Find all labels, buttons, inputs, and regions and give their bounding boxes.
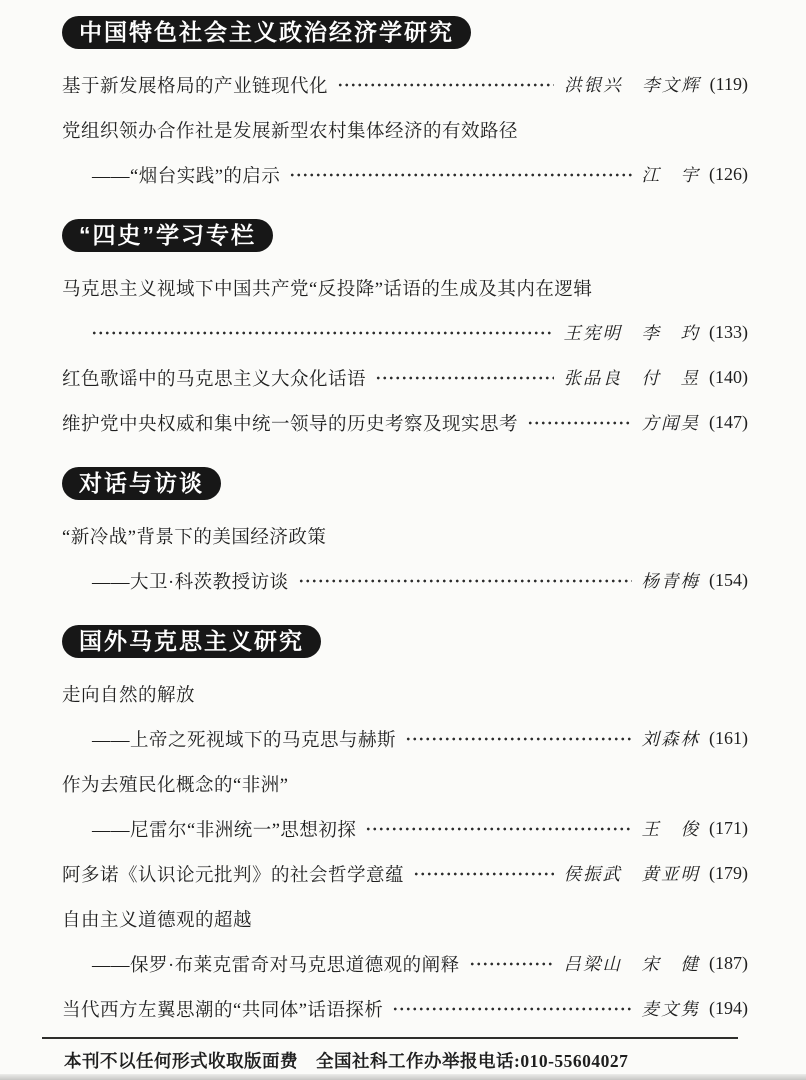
entry-authors: 张品良 付 昱 [564,365,701,390]
section-entries: 走向自然的解放 ——上帝之死视域下的马克思与赫斯 刘森林 (161) 作为去殖民… [62,671,748,1031]
section-badge: 对话与访谈 [62,467,221,500]
entry-subtitle: ——大卫·科茨教授访谈 [92,568,289,594]
toc-entry-line: ——“烟台实践”的启示 江 宇 (126) [62,152,748,197]
section-entries: 基于新发展格局的产业链现代化 洪银兴 李文辉 (119) 党组织领办合作社是发展… [62,62,748,197]
entry-title: 走向自然的解放 [62,681,195,707]
entry-title: 红色歌谣中的马克思主义大众化话语 [62,365,366,391]
dot-leader [469,958,554,970]
entry-page-number: (154) [709,570,748,591]
entry-page-number: (179) [709,863,748,884]
dot-leader [289,169,631,181]
entry-title: “新冷战”背景下的美国经济政策 [62,523,326,549]
entry-page-number: (133) [709,322,748,343]
entry-page-number: (187) [709,953,748,974]
toc-entry-line: 基于新发展格局的产业链现代化 洪银兴 李文辉 (119) [62,62,748,107]
entry-page-number: (126) [709,164,748,185]
dot-leader [298,575,632,587]
entry-page-number: (119) [710,74,748,95]
toc-entry-line: ——尼雷尔“非洲统一”思想初探 王 俊 (171) [62,806,748,851]
section-politico-economics: 中国特色社会主义政治经济学研究 基于新发展格局的产业链现代化 洪银兴 李文辉 (… [62,16,748,197]
section-entries: “新冷战”背景下的美国经济政策 ——大卫·科茨教授访谈 杨青梅 (154) [62,513,748,603]
journal-toc-page: 中国特色社会主义政治经济学研究 基于新发展格局的产业链现代化 洪银兴 李文辉 (… [0,0,806,1080]
entry-authors: 王 俊 [642,816,701,841]
toc-entry-line: 走向自然的解放 [62,671,748,716]
toc-entry-line: 马克思主义视域下中国共产党“反投降”话语的生成及其内在逻辑 [62,265,748,310]
entry-authors: 王宪明 李 玓 [564,320,701,345]
toc-entry-line: 王宪明 李 玓 (133) [62,310,748,355]
section-dialogues-interviews: 对话与访谈 “新冷战”背景下的美国经济政策 ——大卫·科茨教授访谈 杨青梅 (1… [62,467,748,603]
toc-entry-line: 当代西方左翼思潮的“共同体”话语探析 麦文隽 (194) [62,986,748,1031]
section-badge: 国外马克思主义研究 [62,625,321,658]
entry-authors: 麦文隽 [642,996,701,1021]
entry-authors: 方闻昊 [642,410,701,435]
toc-entry-line: ——保罗·布莱克雷奇对马克思道德观的阐释 吕梁山 宋 健 (187) [62,941,748,986]
toc-content: 中国特色社会主义政治经济学研究 基于新发展格局的产业链现代化 洪银兴 李文辉 (… [0,0,806,1073]
entry-page-number: (140) [709,367,748,388]
entry-title: 党组织领办合作社是发展新型农村集体经济的有效路径 [62,117,518,143]
toc-entry-line: 作为去殖民化概念的“非洲” [62,761,748,806]
section-foreign-marxism: 国外马克思主义研究 走向自然的解放 ——上帝之死视域下的马克思与赫斯 刘森林 (… [62,625,748,1031]
entry-page-number: (161) [709,728,748,749]
section-badge: “四史”学习专栏 [62,219,273,252]
dot-leader [527,417,631,429]
toc-entry-line: 红色歌谣中的马克思主义大众化话语 张品良 付 昱 (140) [62,355,748,400]
toc-entry-line: 阿多诺《认识论元批判》的社会哲学意蕴 侯振武 黄亚明 (179) [62,851,748,896]
footer-text: 本刊不以任何形式收取版面费 全国社科工作办举报电话:010-55604027 [64,1051,628,1071]
entry-authors: 刘森林 [642,726,701,751]
entry-subtitle: ——尼雷尔“非洲统一”思想初探 [92,816,356,842]
entry-authors: 杨青梅 [642,568,701,593]
dot-leader [392,1003,631,1015]
toc-entry-line: ——上帝之死视域下的马克思与赫斯 刘森林 (161) [62,716,748,761]
entry-subtitle: ——“烟台实践”的启示 [92,162,280,188]
dot-leader [405,733,631,745]
toc-entry-line: ——大卫·科茨教授访谈 杨青梅 (154) [62,558,748,603]
entry-title: 自由主义道德观的超越 [62,906,252,932]
entry-title: 维护党中央权威和集中统一领导的历史考察及现实思考 [62,410,518,436]
entry-authors: 江 宇 [642,162,701,187]
toc-entry-line: 党组织领办合作社是发展新型农村集体经济的有效路径 [62,107,748,152]
entry-title: 马克思主义视域下中国共产党“反投降”话语的生成及其内在逻辑 [62,275,592,301]
toc-entry-line: 自由主义道德观的超越 [62,896,748,941]
section-badge: 中国特色社会主义政治经济学研究 [62,16,471,49]
entry-title: 阿多诺《认识论元批判》的社会哲学意蕴 [62,861,404,887]
section-four-histories: “四史”学习专栏 马克思主义视域下中国共产党“反投降”话语的生成及其内在逻辑 王… [62,219,748,445]
entry-authors: 侯振武 黄亚明 [564,861,701,886]
section-entries: 马克思主义视域下中国共产党“反投降”话语的生成及其内在逻辑 王宪明 李 玓 (1… [62,265,748,445]
dot-leader [375,372,553,384]
toc-entry-line: 维护党中央权威和集中统一领导的历史考察及现实思考 方闻昊 (147) [62,400,748,445]
page-bottom-edge [0,1074,806,1080]
entry-page-number: (147) [709,412,748,433]
entry-authors: 吕梁山 宋 健 [564,951,701,976]
entry-title: 基于新发展格局的产业链现代化 [62,72,328,98]
footer-notice: 本刊不以任何形式收取版面费 全国社科工作办举报电话:010-55604027 [42,1037,738,1073]
dot-leader [337,79,554,91]
entry-page-number: (171) [709,818,748,839]
dot-leader [91,327,554,339]
toc-entry-line: “新冷战”背景下的美国经济政策 [62,513,748,558]
entry-authors: 洪银兴 李文辉 [564,72,701,97]
entry-subtitle: ——保罗·布莱克雷奇对马克思道德观的阐释 [92,951,460,977]
entry-title: 当代西方左翼思潮的“共同体”话语探析 [62,996,383,1022]
entry-page-number: (194) [709,998,748,1019]
entry-subtitle: ——上帝之死视域下的马克思与赫斯 [92,726,396,752]
entry-title: 作为去殖民化概念的“非洲” [62,771,288,797]
dot-leader [365,823,631,835]
dot-leader [413,868,553,880]
